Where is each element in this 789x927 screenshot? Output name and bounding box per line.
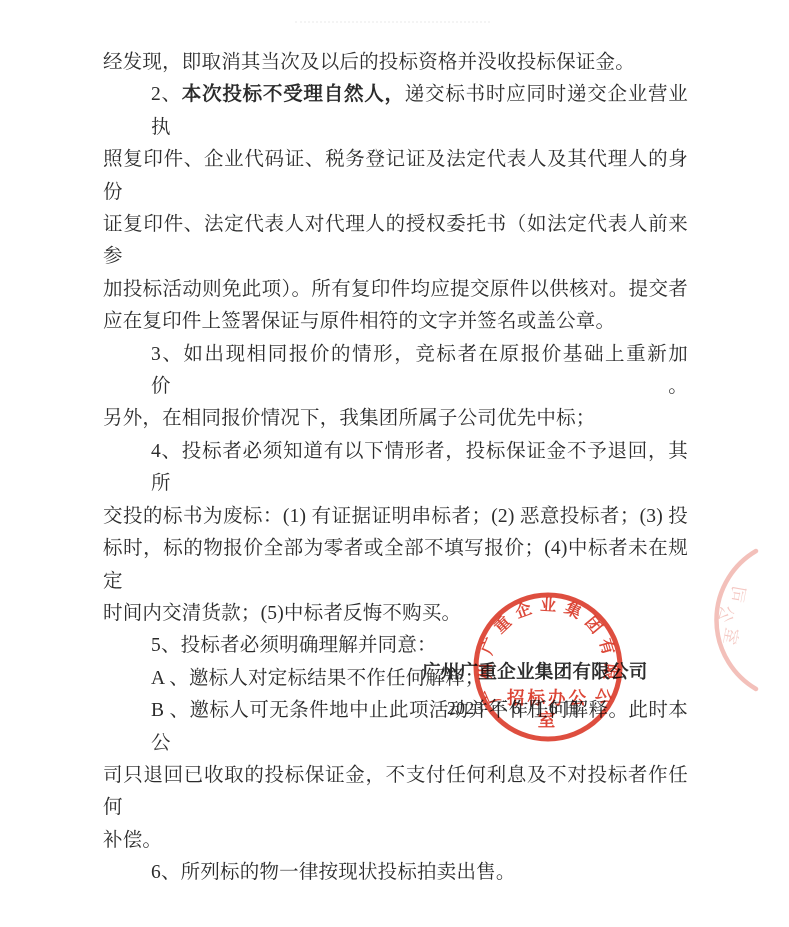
document-text: 3、如出现相同报价的情形，竞标者在原报价基础上重新加价。 xyxy=(151,344,688,397)
document-line: 司只退回已收取的投标保证金，不支付任何利息及不对投标者作任何 xyxy=(103,760,688,825)
document-text: 标时，标的物报价全部为零者或全部不填写报价；(4)中标者未在规定 xyxy=(103,538,688,591)
document-line: 补偿。 xyxy=(103,825,688,857)
document-line: 4、投标者必须知道有以下情形者，投标保证金不予退回，其所 xyxy=(103,436,688,501)
document-text: 补偿。 xyxy=(103,830,162,851)
document-text: 应在复印件上签署保证与原件相符的文字并签名或盖公章。 xyxy=(103,311,615,332)
document-line: 3、如出现相同报价的情形，竞标者在原报价基础上重新加价。 xyxy=(103,339,688,404)
scanned-page: 经发现，即取消其当次及以后的投标资格并没收投标保证金。2、本次投标不受理自然人，… xyxy=(0,0,789,927)
document-text: 6、所列标的物一律按现状投标拍卖出售。 xyxy=(151,862,516,883)
document-text: B 、邀标人可无条件地中止此项活动并不作任何解释。此时本公 xyxy=(151,700,688,753)
document-line: 另外，在相同报价情况下，我集团所属子公司优先中标； xyxy=(103,403,688,435)
edge-seal-fragment: 公 xyxy=(714,604,742,625)
document-text: 另外，在相同报价情况下，我集团所属子公司优先中标； xyxy=(103,408,596,429)
document-line: 应在复印件上签署保证与原件相符的文字并签名或盖公章。 xyxy=(103,306,688,338)
document-text: 5、投标者必须明确理解并同意： xyxy=(151,635,437,656)
document-text: 司只退回已收取的投标保证金，不支付任何利息及不对投标者作任何 xyxy=(103,765,688,818)
document-text: 2、 xyxy=(151,84,182,105)
document-line: 经发现，即取消其当次及以后的投标资格并没收投标保证金。 xyxy=(103,47,688,79)
document-line: 标时，标的物报价全部为零者或全部不填写报价；(4)中标者未在规定 xyxy=(103,533,688,598)
document-text-bold: 本次投标不受理自然人， xyxy=(182,84,405,105)
document-body: 经发现，即取消其当次及以后的投标资格并没收投标保证金。2、本次投标不受理自然人，… xyxy=(103,47,688,890)
document-text: 时间内交清货款；(5)中标者反悔不购买。 xyxy=(103,603,461,624)
scan-artifact xyxy=(295,21,490,23)
edge-seal-fragment: 司 xyxy=(726,584,754,605)
document-text: 4、投标者必须知道有以下情形者，投标保证金不予退回，其所 xyxy=(151,441,688,494)
document-line: 加投标活动则免此项）。所有复印件均应提交原件以供核对。提交者 xyxy=(103,274,688,306)
document-text: 加投标活动则免此项）。所有复印件均应提交原件以供核对。提交者 xyxy=(103,279,688,300)
signature-date: 2023 年 6 月 6 日 xyxy=(447,697,581,719)
document-line: 证复印件、法定代表人对代理人的授权委托书（如法定代表人前来参 xyxy=(103,209,688,274)
signature-company: 广州广重企业集团有限公司 xyxy=(422,661,648,685)
document-line: 交投的标书为废标：(1) 有证据证明串标者；(2) 恶意投标者；(3) 投 xyxy=(103,501,688,533)
document-line: 2、本次投标不受理自然人，递交标书时应同时递交企业营业执 xyxy=(103,79,688,144)
document-text: 照复印件、企业代码证、税务登记证及法定代表人及其代理人的身份 xyxy=(103,149,688,202)
document-text: 交投的标书为废标：(1) 有证据证明串标者；(2) 恶意投标者；(3) 投 xyxy=(103,506,688,527)
document-line: 时间内交清货款；(5)中标者反悔不购买。 xyxy=(103,598,688,630)
document-line: 5、投标者必须明确理解并同意： xyxy=(103,630,688,662)
document-line: 照复印件、企业代码证、税务登记证及法定代表人及其代理人的身份 xyxy=(103,144,688,209)
document-text: 证复印件、法定代表人对代理人的授权委托书（如法定代表人前来参 xyxy=(103,214,688,267)
document-line: 6、所列标的物一律按现状投标拍卖出售。 xyxy=(103,857,688,889)
document-text: 经发现，即取消其当次及以后的投标资格并没收投标保证金。 xyxy=(103,52,635,73)
edge-seal-fragment: 室 xyxy=(719,626,747,647)
document-line: B 、邀标人可无条件地中止此项活动并不作任何解释。此时本公 xyxy=(103,695,688,760)
